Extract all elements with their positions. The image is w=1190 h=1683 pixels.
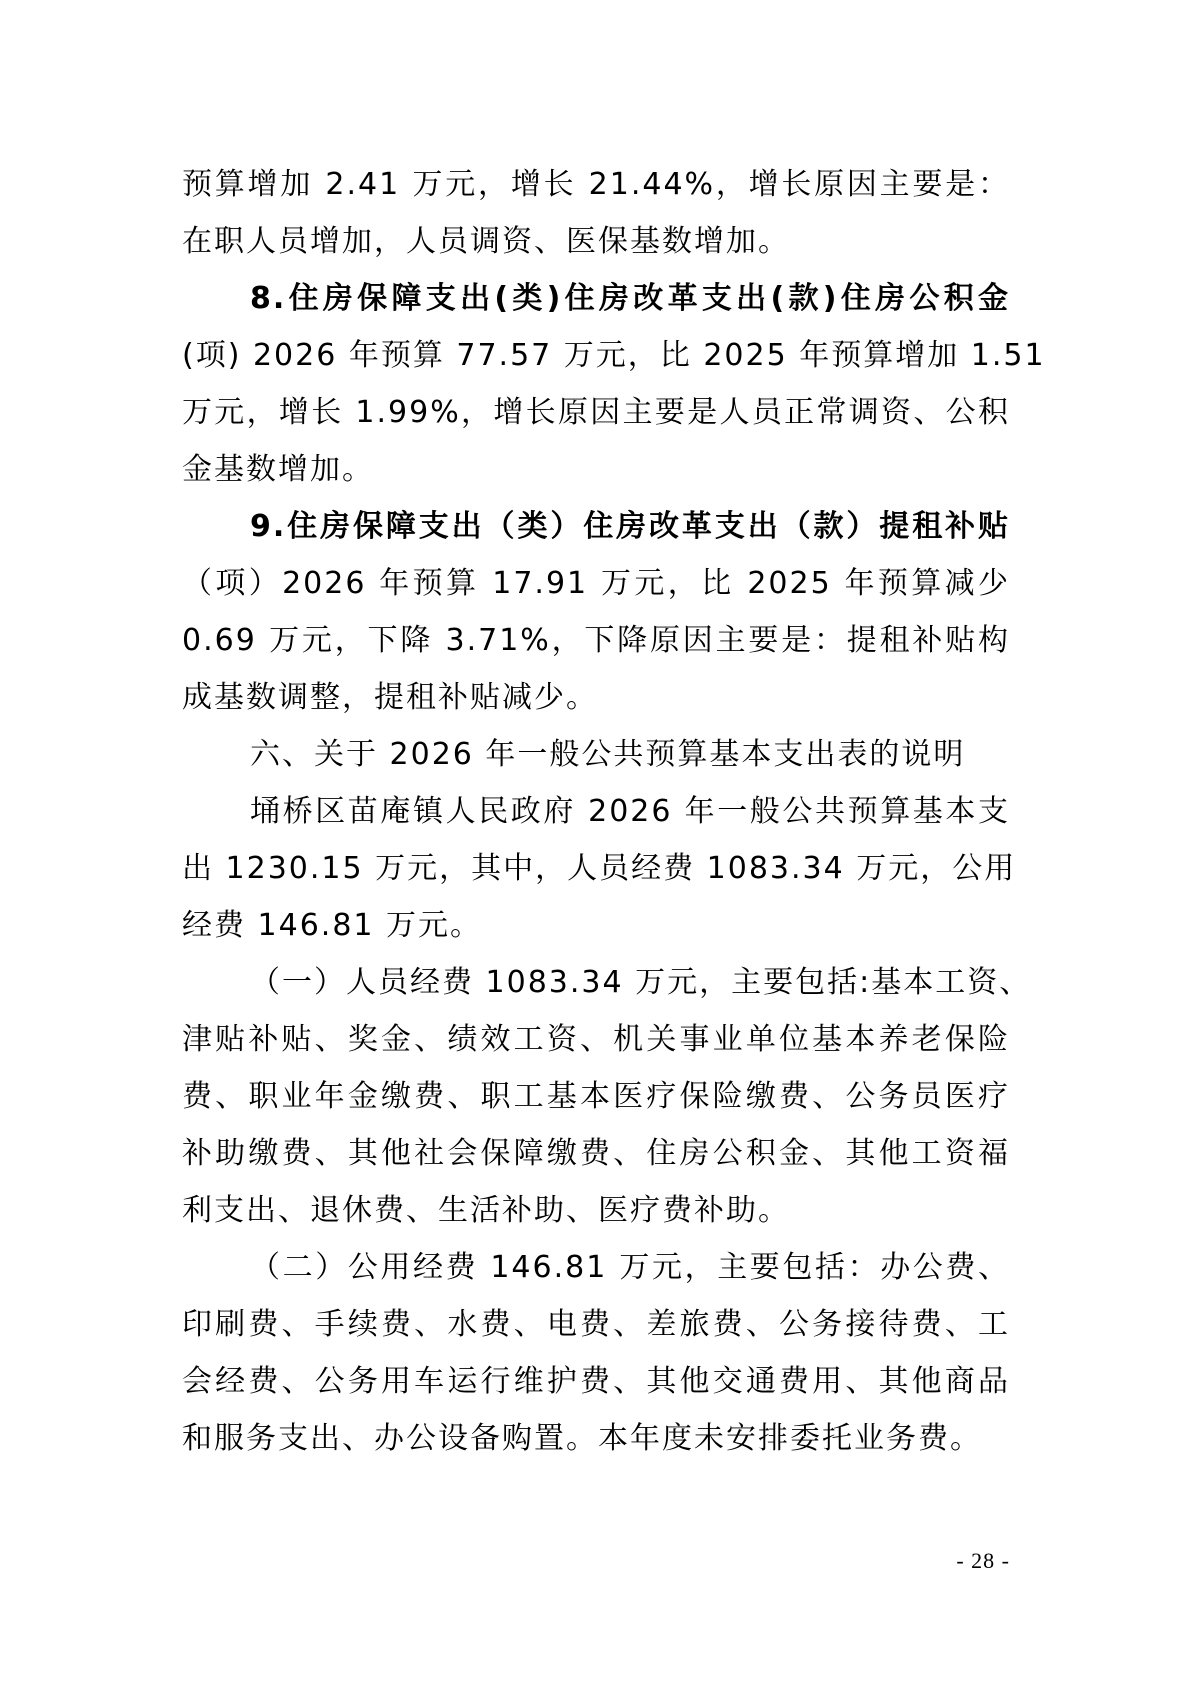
paragraph-line: 万元，增长 1.99%，增长原因主要是人员正常调资、公积 bbox=[182, 384, 1010, 441]
paragraph-line: 经费 146.81 万元。 bbox=[182, 897, 1010, 954]
paragraph-line: 会经费、公务用车运行维护费、其他交通费用、其他商品 bbox=[182, 1353, 1010, 1410]
paragraph-line: 和服务支出、办公设备购置。本年度未安排委托业务费。 bbox=[182, 1410, 1010, 1467]
paragraph-line: 利支出、退休费、生活补助、医疗费补助。 bbox=[182, 1182, 1010, 1239]
paragraph-line: 埇桥区苗庵镇人民政府 2026 年一般公共预算基本支 bbox=[182, 783, 1010, 840]
paragraph-line: 金基数增加。 bbox=[182, 441, 1010, 498]
paragraph-line: 出 1230.15 万元，其中，人员经费 1083.34 万元，公用 bbox=[182, 840, 1010, 897]
paragraph-line: （项）2026 年预算 17.91 万元，比 2025 年预算减少 bbox=[182, 555, 1010, 612]
document-body: 预算增加 2.41 万元，增长 21.44%，增长原因主要是： 在职人员增加，人… bbox=[182, 156, 1010, 1467]
paragraph-line: 津贴补贴、奖金、绩效工资、机关事业单位基本养老保险 bbox=[182, 1011, 1010, 1068]
section-heading-6: 六、关于 2026 年一般公共预算基本支出表的说明 bbox=[182, 726, 1010, 783]
paragraph-line: 0.69 万元，下降 3.71%，下降原因主要是：提租补贴构 bbox=[182, 612, 1010, 669]
paragraph-line: 印刷费、手续费、水费、电费、差旅费、公务接待费、工 bbox=[182, 1296, 1010, 1353]
paragraph-line: 费、职业年金缴费、职工基本医疗保险缴费、公务员医疗 bbox=[182, 1068, 1010, 1125]
paragraph-line: 补助缴费、其他社会保障缴费、住房公积金、其他工资福 bbox=[182, 1125, 1010, 1182]
section-item-8-heading: 8.住房保障支出(类)住房改革支出(款)住房公积金 bbox=[182, 270, 1010, 327]
paragraph-line: (项) 2026 年预算 77.57 万元，比 2025 年预算增加 1.51 bbox=[182, 327, 1010, 384]
paragraph-line: 在职人员增加，人员调资、医保基数增加。 bbox=[182, 213, 1010, 270]
section-item-9-heading: 9.住房保障支出（类）住房改革支出（款）提租补贴 bbox=[182, 498, 1010, 555]
subsection-public-expenses: （二）公用经费 146.81 万元，主要包括：办公费、 bbox=[182, 1239, 1010, 1296]
paragraph-line: 成基数调整，提租补贴减少。 bbox=[182, 669, 1010, 726]
subsection-personnel-expenses: （一）人员经费 1083.34 万元，主要包括:基本工资、 bbox=[182, 954, 1010, 1011]
page-number: - 28 - bbox=[956, 1548, 1010, 1574]
paragraph-line: 预算增加 2.41 万元，增长 21.44%，增长原因主要是： bbox=[182, 156, 1010, 213]
